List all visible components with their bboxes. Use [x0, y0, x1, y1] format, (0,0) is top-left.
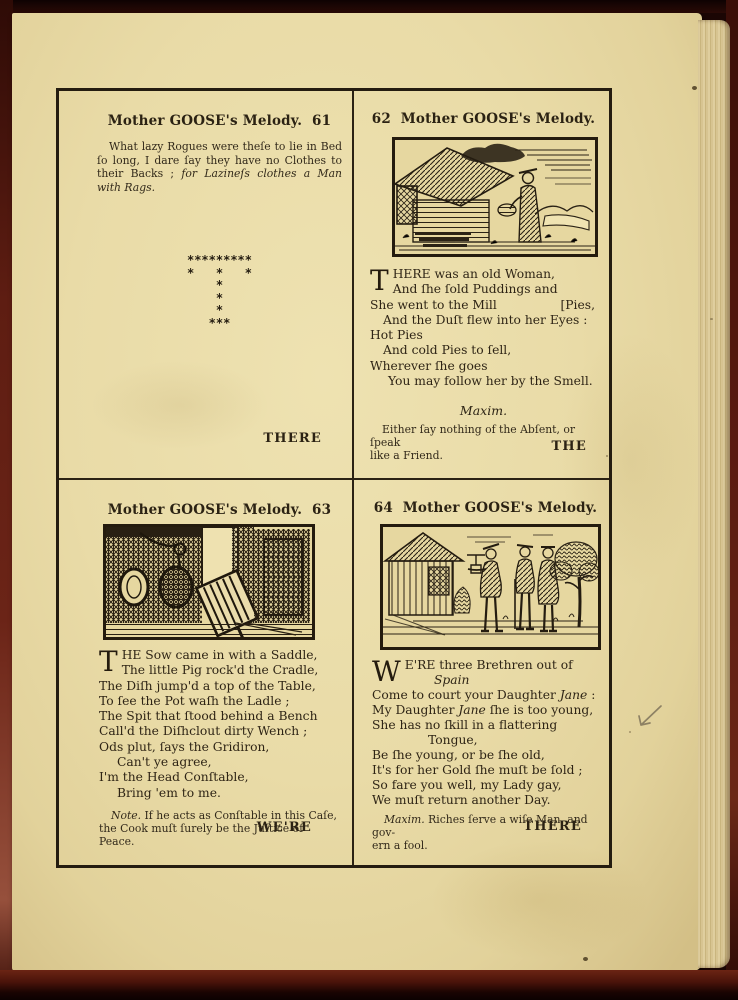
poem-line: My Daughter Jane ſhe is too young, — [372, 703, 599, 718]
ornament-row: * — [97, 279, 342, 292]
poem-line: She has no ſkill in a flattering — [372, 718, 599, 733]
note-label: Note. — [111, 809, 141, 822]
foxing-spot — [710, 318, 713, 320]
poem-line-left: She went to the Mill — [370, 298, 497, 313]
poem-64: W E'RE three Brethren out of Spain Come … — [372, 658, 599, 808]
poem-line: Spain — [372, 673, 599, 688]
maxim-line: ern a fool. — [372, 839, 599, 852]
poem-line: We muſt return another Day. — [372, 793, 599, 808]
poem-62: T HERE was an old Woman, And ſhe ſold Pu… — [370, 267, 597, 389]
catchword-61: THERE — [263, 431, 322, 446]
poem-line: E'RE three Brethren out of — [372, 658, 599, 673]
asterisk-t-ornament: ********* * * * * * * *** — [97, 254, 342, 329]
maxim-heading-62: Maxim. — [370, 403, 597, 418]
poem-line: She went to the Mill[Pies, — [370, 298, 597, 313]
poem-line: Can't ye agree, — [99, 755, 340, 770]
poem-line-turnover: [Pies, — [560, 298, 595, 313]
page-62-panel: 62 Mother GOOSE's Melody. — [354, 91, 609, 478]
poem-line: And the Duſt flew into her Eyes : — [370, 313, 597, 328]
poem-line: And ſhe ſold Puddings and — [370, 282, 597, 297]
drop-cap-63: T — [99, 648, 122, 675]
poem-text: My Daughter — [372, 703, 458, 717]
poem-italic-name: Jane — [458, 703, 485, 717]
poem-line: HE Sow came in with a Saddle, — [99, 648, 340, 663]
poem-line: HERE was an old Woman, — [370, 267, 597, 282]
pencil-checkmark-icon — [628, 700, 668, 734]
book-photo: { "colors":{"paper":"#e9dba7","cover_red… — [0, 0, 738, 1000]
foxing-spot — [583, 957, 588, 961]
poem-line: I'm the Head Conſtable, — [99, 770, 340, 785]
page-edge-stack — [698, 20, 730, 968]
poem-line: You may follow her by the Smell. — [370, 374, 597, 389]
ornament-row: * — [97, 304, 342, 317]
poem-line: The Diſh jump'd a top of the Table, — [99, 679, 340, 694]
page-64-panel: 64 Mother GOOSE's Melody. — [354, 480, 609, 865]
poem-line: Come to court your Daughter Jane : — [372, 688, 599, 703]
poem-line: Be ſhe young, or be ſhe old, — [372, 748, 599, 763]
poem-line: The little Pig rock'd the Cradle, — [99, 663, 340, 678]
poem-line: The Spit that ſtood behind a Bench — [99, 709, 340, 724]
page-61-panel: Mother GOOSE's Melody. 61 What lazy Rogu… — [59, 91, 352, 478]
foxing-spot — [692, 86, 697, 90]
drop-cap-62: T — [370, 267, 393, 294]
poem-line: So fare you well, my Lady gay, — [372, 778, 599, 793]
poem-line: Hot Pies — [370, 328, 597, 343]
ornament-row: *** — [97, 317, 342, 330]
running-head-61: Mother GOOSE's Melody. 61 — [97, 113, 342, 129]
poem-text: ſhe is too young, — [486, 703, 593, 717]
catchword-63: WE'RE — [257, 820, 312, 835]
poem-line: Call'd the Diſhclout dirty Wench ; — [99, 724, 340, 739]
poem-line: It's for her Gold ſhe muſt be ſold ; — [372, 763, 599, 778]
book-cover-bottom-edge — [0, 970, 738, 1000]
catchword-64: THERE — [523, 819, 582, 834]
woodcut-three-brethren-illustration — [380, 524, 601, 650]
poem-line: Tongue, — [372, 733, 599, 748]
woodcut-old-woman-illustration — [392, 137, 598, 257]
woodcut-kitchen-illustration — [103, 524, 315, 640]
maxim-label: Maxim. — [384, 813, 425, 826]
book-cover-top-edge — [0, 0, 738, 13]
running-head-63: Mother GOOSE's Melody. 63 — [99, 502, 340, 518]
poem-line: To ſee the Pot waſh the Ladle ; — [99, 694, 340, 709]
poem-line: Bring 'em to me. — [99, 786, 340, 801]
poem-63: T HE Sow came in with a Saddle, The litt… — [99, 648, 340, 801]
poem-line: Ods plut, ſays the Gridiron, — [99, 740, 340, 755]
catchword-62: THE — [552, 439, 587, 454]
poem-text: Come to court your Daughter — [372, 688, 560, 702]
running-head-62: 62 Mother GOOSE's Melody. — [370, 111, 597, 127]
running-head-64: 64 Mother GOOSE's Melody. — [372, 500, 599, 516]
poem-text: : — [587, 688, 595, 702]
page-63-panel: Mother GOOSE's Melody. 63 — [59, 480, 352, 865]
prose-paragraph-61: What lazy Rogues were theſe to lie in Be… — [97, 140, 342, 194]
drop-cap-64: W — [372, 658, 405, 685]
ornament-row: ********* — [97, 254, 342, 267]
poem-italic-name: Jane — [560, 688, 587, 702]
poem-line: And cold Pies to ſell, — [370, 343, 597, 358]
poem-line: Wherever ſhe goes — [370, 359, 597, 374]
